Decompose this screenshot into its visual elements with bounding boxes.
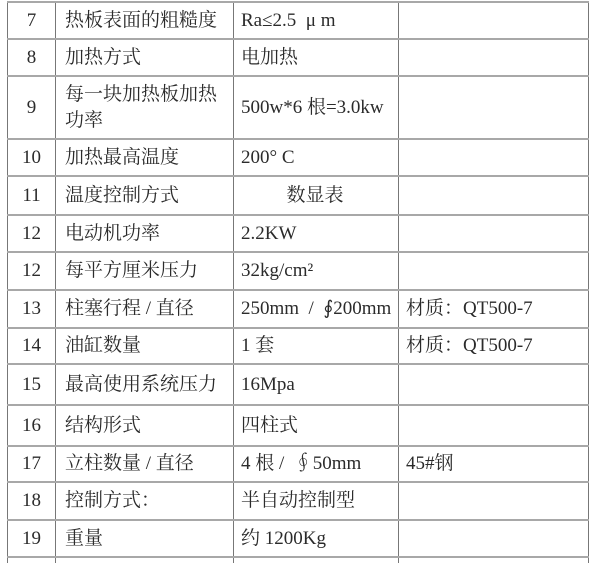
row-number-cell: 11 — [8, 176, 56, 215]
spec-value-cell: Ra≤2.5 μ m — [234, 2, 399, 39]
table-row: 11 温度控制方式 数显表 — [8, 176, 589, 215]
spec-name-cell: 加热方式 — [56, 39, 234, 76]
spec-name-cell: 每平方厘米压力 — [56, 252, 234, 290]
table-row: 17 立柱数量 / 直径 4 根 / ∮50mm 45#钢 — [8, 446, 589, 482]
spec-value-cell: 200° C — [234, 139, 399, 176]
table-row: 9 每一块加热板加热功率 500w*6 根=3.0kw — [8, 76, 589, 139]
spec-value-cell: 500w*6 根=3.0kw — [234, 76, 399, 139]
spec-note-cell: 材质：QT500-7 — [399, 328, 589, 364]
row-number-cell: 19 — [8, 520, 56, 557]
spec-name-cell: 油缸数量 — [56, 328, 234, 364]
spec-note-cell — [399, 76, 589, 139]
spec-note-cell — [399, 557, 589, 563]
row-number-cell: 9 — [8, 76, 56, 139]
spec-note-cell — [399, 39, 589, 76]
spec-value-cell: 半自动控制型 — [234, 482, 399, 520]
table-row: 12 每平方厘米压力 32kg/cm² — [8, 252, 589, 290]
table-row: 13 柱塞行程 / 直径 250mm / ∮200mm 材质：QT500-7 — [8, 290, 589, 328]
table-row: 16 结构形式 四柱式 — [8, 405, 589, 446]
row-number-cell: 18 — [8, 482, 56, 520]
spec-value-cell: 四柱式 — [234, 405, 399, 446]
row-number-cell: 12 — [8, 215, 56, 252]
spec-note-cell — [399, 252, 589, 290]
spec-value-cell: 约 1200Kg — [234, 520, 399, 557]
table-row-partial — [8, 557, 589, 563]
spec-value-cell: 1 套 — [234, 328, 399, 364]
spec-note-cell: 45#钢 — [399, 446, 589, 482]
spec-value-cell: 数显表 — [234, 176, 399, 215]
spec-value-cell: 32kg/cm² — [234, 252, 399, 290]
spec-table: 7 热板表面的粗糙度 Ra≤2.5 μ m 8 加热方式 电加热 9 每一块加热… — [7, 1, 589, 563]
spec-name-cell: 每一块加热板加热功率 — [56, 76, 234, 139]
spec-name-cell: 立柱数量 / 直径 — [56, 446, 234, 482]
table-row: 10 加热最高温度 200° C — [8, 139, 589, 176]
row-number-cell: 7 — [8, 2, 56, 39]
row-number-cell: 8 — [8, 39, 56, 76]
spec-name-cell: 重量 — [56, 520, 234, 557]
spec-name-cell: 结构形式 — [56, 405, 234, 446]
spec-value-cell: 250mm / ∮200mm — [234, 290, 399, 328]
spec-name-cell: 温度控制方式 — [56, 176, 234, 215]
spec-note-cell — [399, 520, 589, 557]
spec-value-cell: 电加热 — [234, 39, 399, 76]
table-row: 18 控制方式： 半自动控制型 — [8, 482, 589, 520]
row-number-cell: 14 — [8, 328, 56, 364]
table-row: 12 电动机功率 2.2KW — [8, 215, 589, 252]
spec-note-cell — [399, 482, 589, 520]
table-row: 7 热板表面的粗糙度 Ra≤2.5 μ m — [8, 2, 589, 39]
spec-value-cell: 4 根 / ∮50mm — [234, 446, 399, 482]
spec-note-cell — [399, 2, 589, 39]
row-number-cell: 10 — [8, 139, 56, 176]
spec-name-cell: 加热最高温度 — [56, 139, 234, 176]
spec-note-cell: 材质：QT500-7 — [399, 290, 589, 328]
row-number-cell: 16 — [8, 405, 56, 446]
spec-note-cell — [399, 405, 589, 446]
table-row: 19 重量 约 1200Kg — [8, 520, 589, 557]
row-number-cell: 12 — [8, 252, 56, 290]
spec-value-cell: 2.2KW — [234, 215, 399, 252]
table-row: 14 油缸数量 1 套 材质：QT500-7 — [8, 328, 589, 364]
row-number-cell: 17 — [8, 446, 56, 482]
spec-name-cell — [56, 557, 234, 563]
spec-name-cell: 电动机功率 — [56, 215, 234, 252]
spec-note-cell — [399, 364, 589, 405]
spec-name-cell: 最高使用系统压力 — [56, 364, 234, 405]
spec-value-cell: 16Mpa — [234, 364, 399, 405]
spec-note-cell — [399, 215, 589, 252]
document-page: 7 热板表面的粗糙度 Ra≤2.5 μ m 8 加热方式 电加热 9 每一块加热… — [0, 0, 592, 563]
spec-value-cell — [234, 557, 399, 563]
spec-note-cell — [399, 176, 589, 215]
row-number-cell: 13 — [8, 290, 56, 328]
spec-name-cell: 柱塞行程 / 直径 — [56, 290, 234, 328]
spec-name-cell: 热板表面的粗糙度 — [56, 2, 234, 39]
spec-table-body: 7 热板表面的粗糙度 Ra≤2.5 μ m 8 加热方式 电加热 9 每一块加热… — [8, 2, 589, 563]
spec-note-cell — [399, 139, 589, 176]
spec-name-cell: 控制方式： — [56, 482, 234, 520]
table-row: 8 加热方式 电加热 — [8, 39, 589, 76]
table-row: 15 最高使用系统压力 16Mpa — [8, 364, 589, 405]
row-number-cell — [8, 557, 56, 563]
row-number-cell: 15 — [8, 364, 56, 405]
